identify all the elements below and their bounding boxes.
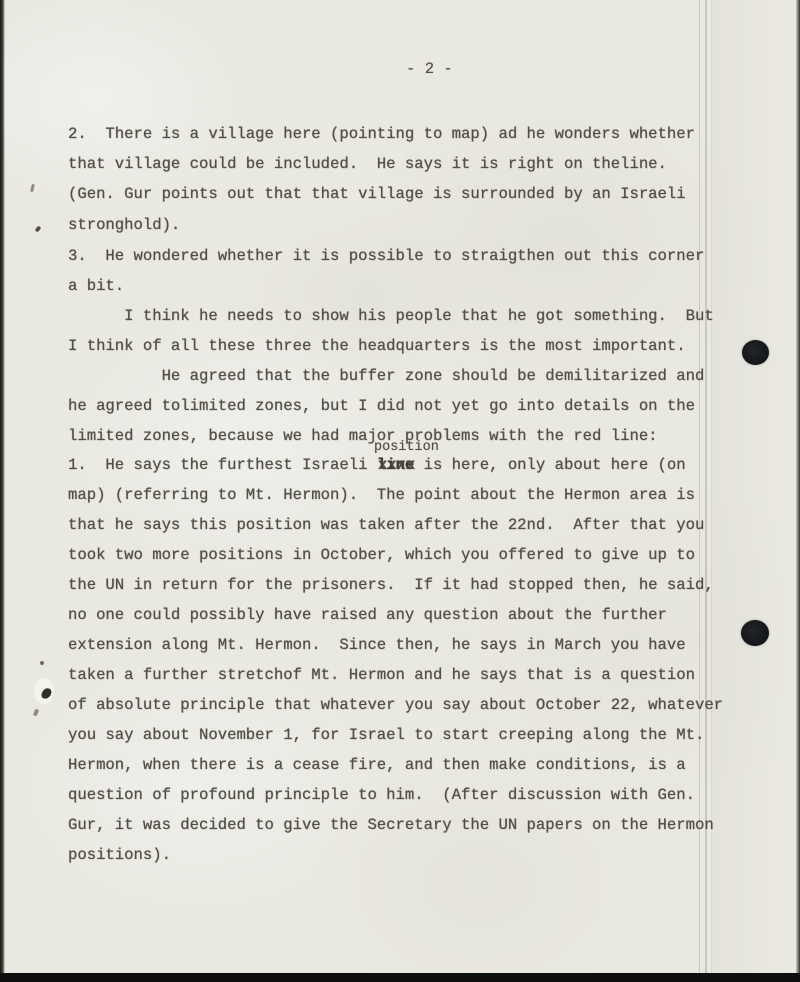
- scan-right-edge: [796, 0, 800, 982]
- text-line: I think of all these three the headquart…: [68, 338, 686, 355]
- text-line: 3. He wondered whether it is possible to…: [68, 248, 704, 265]
- text-line: that village could be included. He says …: [68, 156, 667, 173]
- struck-word: linexxxx: [377, 457, 414, 474]
- text-line: of absolute principle that whatever you …: [68, 697, 723, 714]
- scanned-document-page: - 2 - 2. There is a village here (pointi…: [0, 0, 800, 982]
- text-line: extension along Mt. Hermon. Since then, …: [68, 637, 686, 654]
- text-line: no one could possibly have raised any qu…: [68, 607, 667, 624]
- text-line: stronghold).: [68, 217, 180, 234]
- text-line-with-strikeout: 1. He says the furthest Israeli linexxxx…: [68, 457, 686, 474]
- hole-punch-dot: [741, 620, 769, 646]
- paper-fold-line: [711, 0, 712, 982]
- text-line: map) (referring to Mt. Hermon). The poin…: [68, 487, 695, 504]
- paper-fold-line: [705, 0, 707, 982]
- text-line: you say about November 1, for Israel to …: [68, 727, 704, 744]
- margin-mark: [35, 225, 42, 232]
- text-line: He agreed that the buffer zone should be…: [68, 368, 704, 385]
- text-line: took two more positions in October, whic…: [68, 547, 695, 564]
- overstrike-x-marks: xxxx: [378, 457, 415, 474]
- margin-mark: [40, 661, 44, 665]
- margin-mark: [30, 184, 35, 192]
- strike-line-before: 1. He says the furthest Israeli: [68, 456, 377, 474]
- text-line: 2. There is a village here (pointing to …: [68, 126, 695, 143]
- margin-mark: [33, 709, 39, 717]
- text-line: taken a further stretchof Mt. Hermon and…: [68, 667, 695, 684]
- hole-punch-dot: [742, 340, 769, 365]
- text-line: positions).: [68, 847, 171, 864]
- text-line: Hermon, when there is a cease fire, and …: [68, 757, 686, 774]
- text-line: I think he needs to show his people that…: [68, 308, 714, 325]
- text-line: (Gen. Gur points out that that village i…: [68, 186, 686, 203]
- text-line: limited zones, because we had major prob…: [68, 428, 658, 445]
- scan-bottom-edge: [0, 973, 800, 982]
- page-number: - 2 -: [406, 60, 453, 78]
- text-line: that he says this position was taken aft…: [68, 517, 704, 534]
- scan-left-edge: [0, 0, 5, 982]
- text-line: he agreed tolimited zones, but I did not…: [68, 398, 695, 415]
- text-line: question of profound principle to him. (…: [68, 787, 695, 804]
- page-right-margin-strip: [712, 0, 795, 982]
- interlinear-typed-correction: position: [374, 440, 439, 455]
- text-line: Gur, it was decided to give the Secretar…: [68, 817, 714, 834]
- strike-line-after: is here, only about here (on: [414, 456, 685, 474]
- text-line: a bit.: [68, 278, 124, 295]
- paper-fold-line: [699, 0, 700, 982]
- text-line: the UN in return for the prisoners. If i…: [68, 577, 714, 594]
